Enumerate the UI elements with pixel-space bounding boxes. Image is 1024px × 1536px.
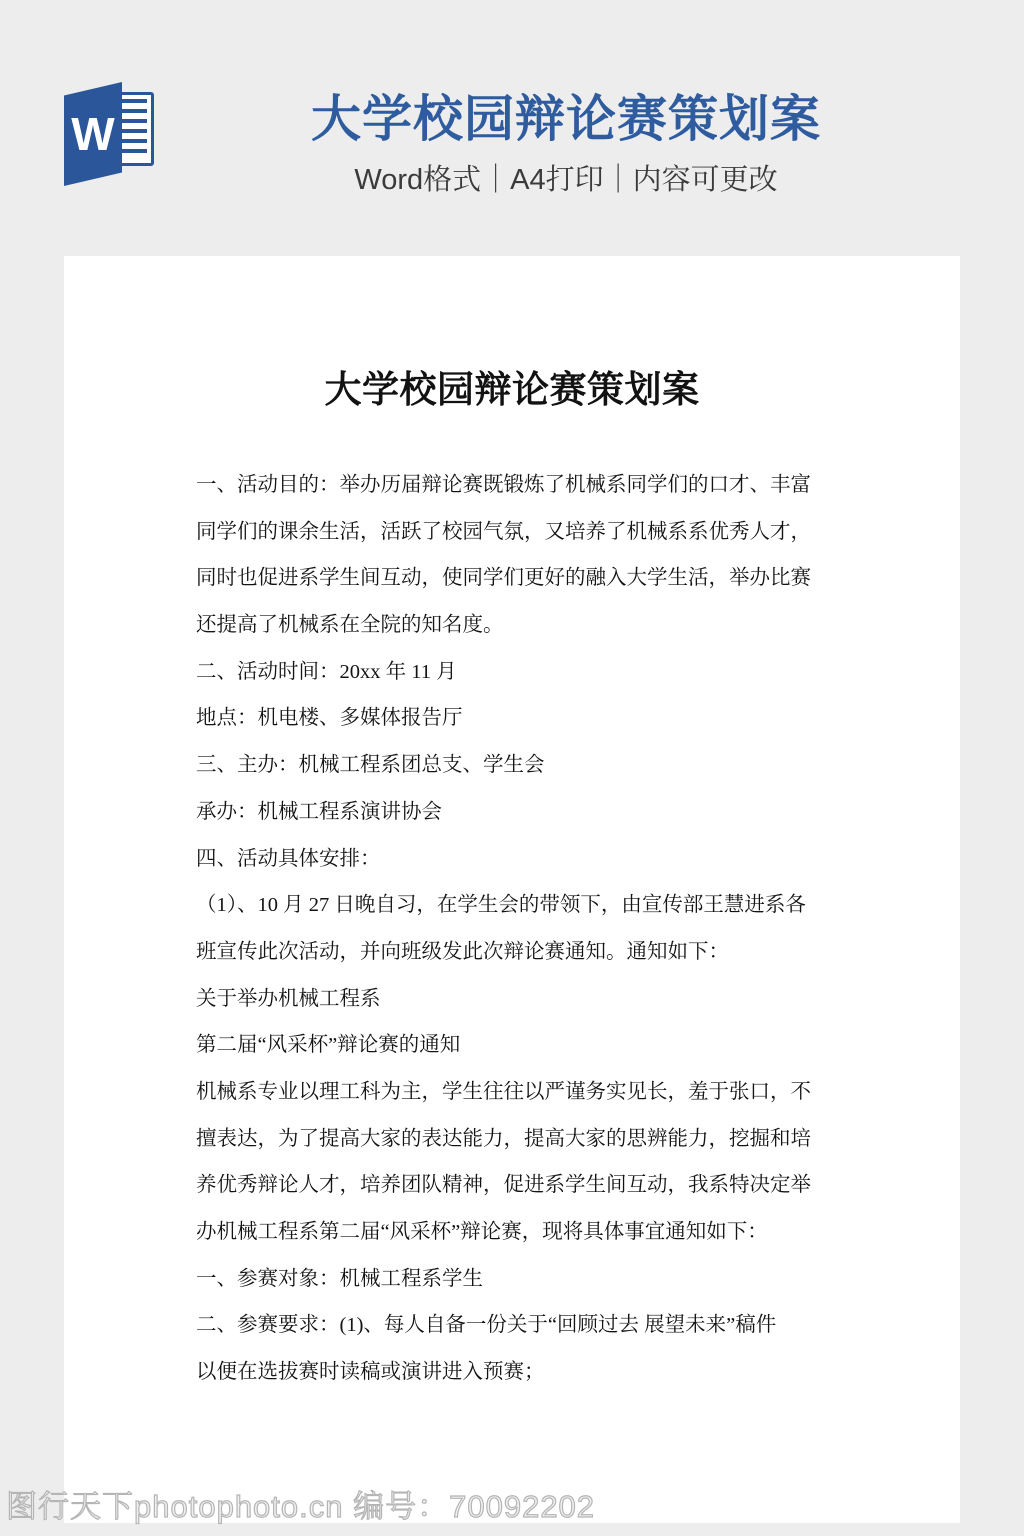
document-line: 同学们的课余生活，活跃了校园气氛，又培养了机械系系优秀人才， bbox=[196, 509, 904, 556]
document-line: 机械系专业以理工科为主，学生往往以严谨务实见长，羞于张口，不 bbox=[196, 1069, 904, 1116]
document-sheet: 大学校园辩论赛策划案 一、活动目的：举办历届辩论赛既锻炼了机械系同学们的口才、丰… bbox=[64, 256, 960, 1523]
document-line: 办机械工程系第二届“风采杯”辩论赛，现将具体事宜通知如下： bbox=[196, 1209, 904, 1256]
document-line: 班宣传此次活动，并向班级发此次辩论赛通知。通知如下： bbox=[196, 929, 904, 976]
header-text: 大学校园辩论赛策划案 Word格式｜A4打印｜内容可更改 bbox=[0, 92, 1024, 198]
document-line: 关于举办机械工程系 bbox=[196, 976, 904, 1023]
document-line: 地点：机电楼、多媒体报告厅 bbox=[196, 695, 904, 742]
document-line: 一、活动目的：举办历届辩论赛既锻炼了机械系同学们的口才、丰富 bbox=[196, 462, 904, 509]
document-line: 二、参赛要求：(1)、每人自备一份关于“回顾过去 展望未来”稿件 bbox=[196, 1302, 904, 1349]
document-line: 擅表达，为了提高大家的表达能力，提高大家的思辨能力，挖掘和培 bbox=[196, 1116, 904, 1163]
header-title: 大学校园辩论赛策划案 bbox=[108, 92, 1024, 147]
page: W 大学校园辩论赛策划案 Word格式｜A4打印｜内容可更改 大学校园辩论赛策划… bbox=[0, 0, 1024, 1536]
document-line: 养优秀辩论人才，培养团队精神，促进系学生间互动，我系特决定举 bbox=[196, 1162, 904, 1209]
watermark-text: 图行天下photophoto.cn 编号：70092202 bbox=[6, 1481, 595, 1526]
document-line: 以便在选拔赛时读稿或演讲进入预赛； bbox=[196, 1349, 904, 1396]
document-line: 第二届“风采杯”辩论赛的通知 bbox=[196, 1022, 904, 1069]
document-line: （1）、10 月 27 日晚自习，在学生会的带领下，由宣传部王慧进系各 bbox=[196, 882, 904, 929]
document-line: 还提高了机械系在全院的知名度。 bbox=[196, 602, 904, 649]
document-line: 二、活动时间：20xx 年 11 月 bbox=[196, 649, 904, 696]
document-title: 大学校园辩论赛策划案 bbox=[64, 359, 960, 413]
header-subtitle: Word格式｜A4打印｜内容可更改 bbox=[108, 157, 1024, 198]
document-line: 一、参赛对象：机械工程系学生 bbox=[196, 1256, 904, 1303]
document-line: 三、主办：机械工程系团总支、学生会 bbox=[196, 742, 904, 789]
document-line: 同时也促进系学生间互动，使同学们更好的融入大学生活，举办比赛 bbox=[196, 555, 904, 602]
document-line: 承办：机械工程系演讲协会 bbox=[196, 789, 904, 836]
document-body: 一、活动目的：举办历届辩论赛既锻炼了机械系同学们的口才、丰富同学们的课余生活，活… bbox=[196, 462, 904, 1396]
document-line: 四、活动具体安排： bbox=[196, 836, 904, 883]
header: W 大学校园辩论赛策划案 Word格式｜A4打印｜内容可更改 bbox=[0, 0, 1024, 256]
